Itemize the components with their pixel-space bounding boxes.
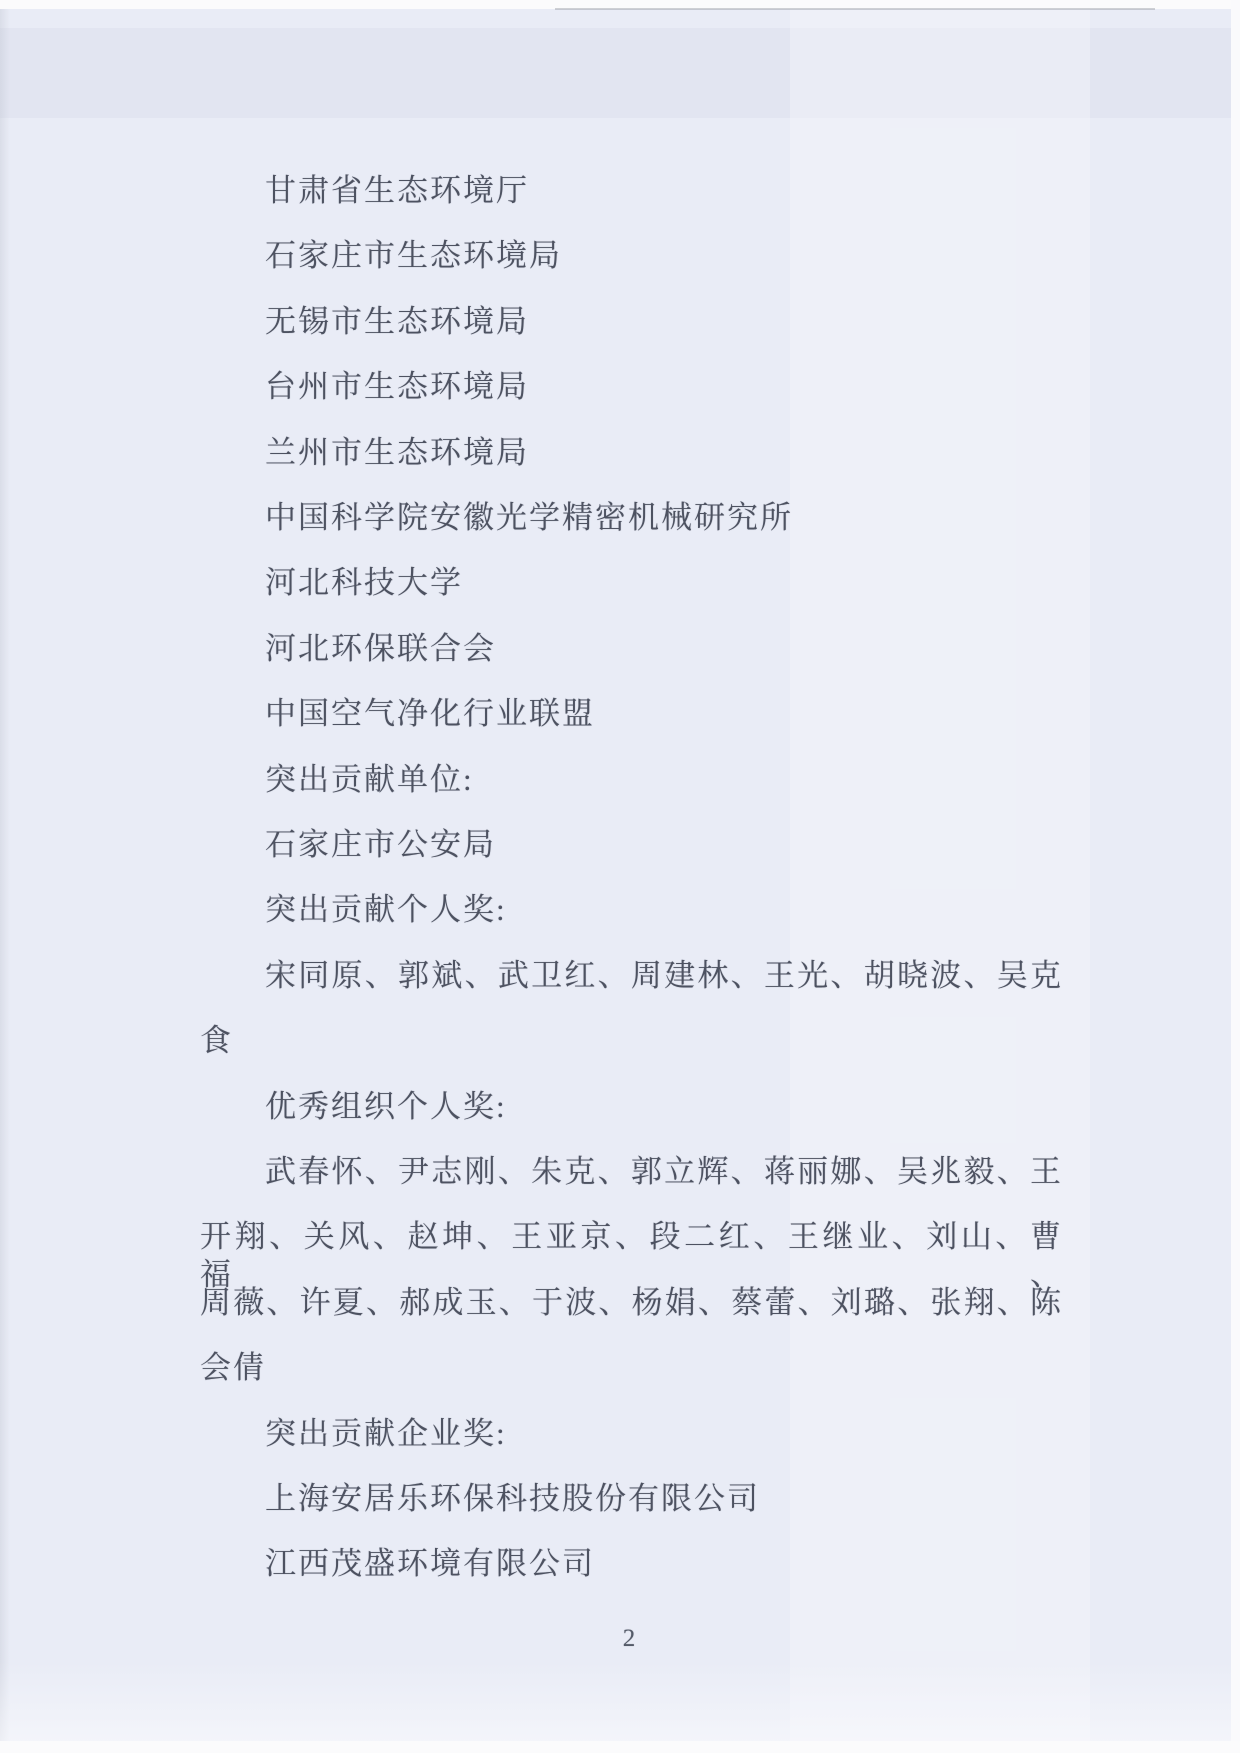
doc-line-unit-item: 甘肃省生态环境厅 — [265, 172, 529, 210]
doc-line-unit-item: 兰州市生态环境局 — [265, 434, 529, 472]
doc-line-unit-item: 江西茂盛环境有限公司 — [265, 1545, 595, 1583]
doc-line-unit-item: 上海安居乐环保科技股份有限公司 — [265, 1480, 760, 1518]
doc-line-unit-item: 中国空气净化行业联盟 — [265, 695, 595, 733]
doc-line-continuation: 食 — [200, 1022, 233, 1060]
doc-line-unit-item: 石家庄市生态环境局 — [265, 237, 562, 275]
doc-line-unit-item: 河北环保联合会 — [265, 630, 496, 668]
page-number: 2 — [0, 1625, 1240, 1653]
doc-line-names: 武春怀、尹志刚、朱克、郭立辉、蒋丽娜、吴兆毅、王 — [265, 1153, 1063, 1191]
doc-line-unit-item: 无锡市生态环境局 — [265, 303, 529, 341]
doc-line-names: 开翔、关风、赵坤、王亚京、段二红、王继业、刘山、曹福、 — [200, 1218, 1063, 1294]
doc-line-unit-item: 中国科学院安徽光学精密机械研究所 — [265, 499, 793, 537]
doc-line-unit-item: 台州市生态环境局 — [265, 368, 529, 406]
doc-line-unit-item: 石家庄市公安局 — [265, 826, 496, 864]
document-body: 甘肃省生态环境厅石家庄市生态环境局无锡市生态环境局台州市生态环境局兰州市生态环境… — [0, 0, 1240, 1753]
doc-line-names: 宋同原、郭斌、武卫红、周建林、王光、胡晓波、吴克 — [265, 957, 1063, 995]
doc-line-heading: 突出贡献个人奖: — [265, 891, 507, 929]
doc-line-continuation: 会倩 — [200, 1349, 266, 1387]
doc-line-heading: 优秀组织个人奖: — [265, 1088, 507, 1126]
doc-line-heading: 突出贡献单位: — [265, 761, 474, 799]
doc-line-unit-item: 河北科技大学 — [265, 564, 463, 602]
doc-line-heading: 突出贡献企业奖: — [265, 1415, 507, 1453]
scanned-document-page: 甘肃省生态环境厅石家庄市生态环境局无锡市生态环境局台州市生态环境局兰州市生态环境… — [0, 0, 1240, 1753]
doc-line-names: 周薇、许夏、郝成玉、于波、杨娟、蔡蕾、刘璐、张翔、陈 — [200, 1284, 1063, 1322]
